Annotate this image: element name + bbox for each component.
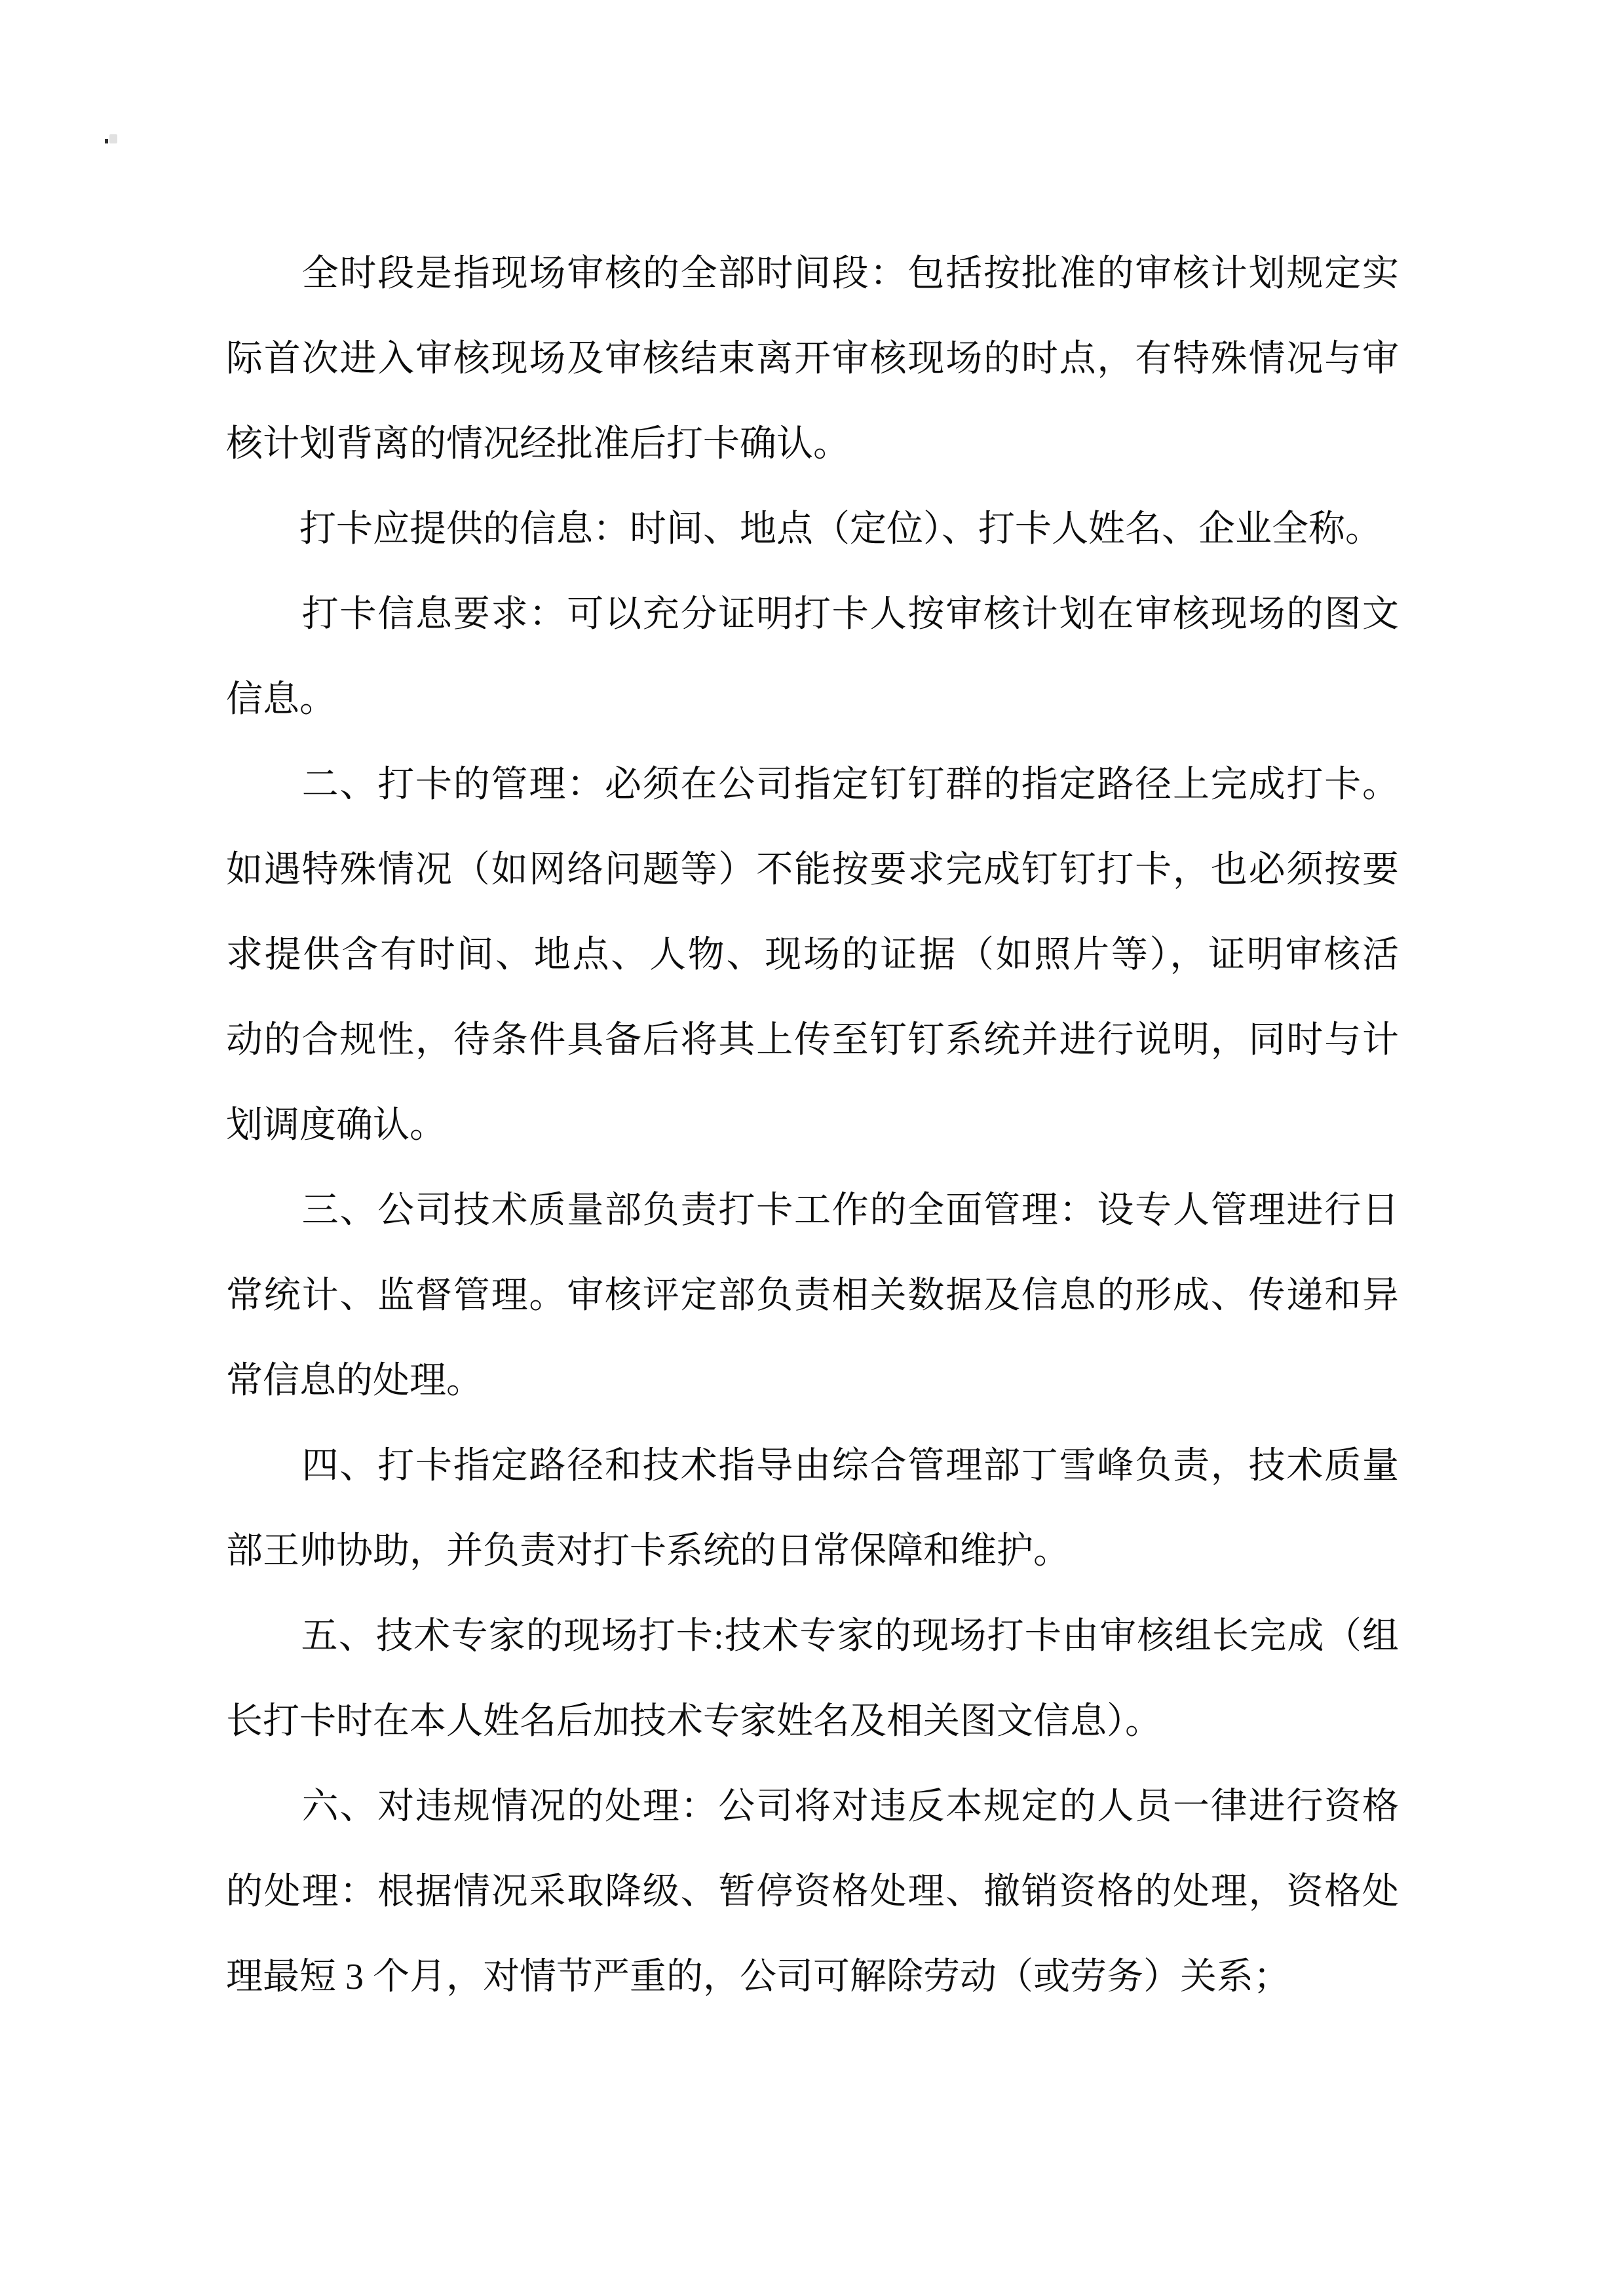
text-line: 二、打卡的管理：必须在公司指定钉钉群的指定路径上完成打卡。 — [226, 742, 1399, 827]
text-line: 五、技术专家的现场打卡:技术专家的现场打卡由审核组长完成（组 — [226, 1594, 1399, 1679]
text-line: 核计划背离的情况经批准后打卡确认。 — [226, 402, 1399, 487]
text-line: 打卡应提供的信息：时间、地点（定位）、打卡人姓名、企业全称。 — [226, 487, 1399, 572]
text-line: 部王帅协助，并负责对打卡系统的日常保障和维护。 — [226, 1509, 1399, 1594]
text-line: 打卡信息要求：可以充分证明打卡人按审核计划在审核现场的图文 — [226, 572, 1399, 657]
text-line: 全时段是指现场审核的全部时间段：包括按批准的审核计划规定实 — [226, 231, 1399, 316]
text-line: 常统计、监督管理。审核评定部负责相关数据及信息的形成、传递和异 — [226, 1253, 1399, 1338]
document-body: 全时段是指现场审核的全部时间段：包括按批准的审核计划规定实 际首次进入审核现场及… — [226, 231, 1399, 2020]
scan-artifact — [104, 134, 118, 145]
text-line: 长打卡时在本人姓名后加技术专家姓名及相关图文信息）。 — [226, 1679, 1399, 1764]
text-line: 际首次进入审核现场及审核结束离开审核现场的时点，有特殊情况与审 — [226, 316, 1399, 402]
text-line: 的处理：根据情况采取降级、暂停资格处理、撤销资格的处理，资格处 — [226, 1849, 1399, 1934]
scan-artifact-dot — [105, 139, 108, 143]
text-line: 如遇特殊情况（如网络问题等）不能按要求完成钉钉打卡，也必须按要 — [226, 827, 1399, 913]
text-line: 动的合规性，待条件具备后将其上传至钉钉系统并进行说明，同时与计 — [226, 998, 1399, 1083]
text-line: 四、打卡指定路径和技术指导由综合管理部丁雪峰负责，技术质量 — [226, 1423, 1399, 1509]
text-line: 理最短 3 个月，对情节严重的，公司可解除劳动（或劳务）关系； — [226, 1934, 1399, 2020]
text-line: 划调度确认。 — [226, 1083, 1399, 1168]
text-line: 求提供含有时间、地点、人物、现场的证据（如照片等），证明审核活 — [226, 913, 1399, 998]
text-line: 三、公司技术质量部负责打卡工作的全面管理：设专人管理进行日 — [226, 1168, 1399, 1253]
scanned-document-page: 全时段是指现场审核的全部时间段：包括按批准的审核计划规定实 际首次进入审核现场及… — [0, 0, 1619, 2296]
text-line: 常信息的处理。 — [226, 1338, 1399, 1423]
text-line: 信息。 — [226, 657, 1399, 742]
scan-artifact-smudge — [109, 134, 117, 143]
text-line: 六、对违规情况的处理：公司将对违反本规定的人员一律进行资格 — [226, 1764, 1399, 1849]
